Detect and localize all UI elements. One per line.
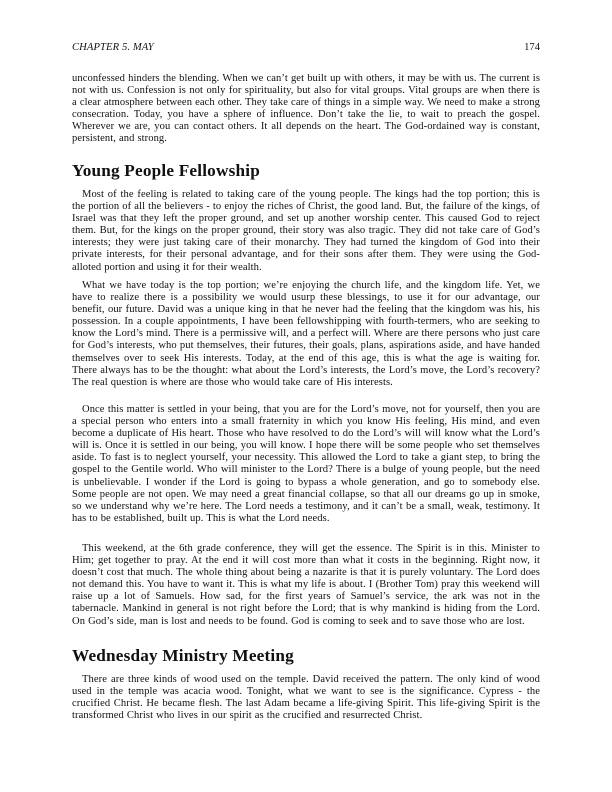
paragraph: Most of the feeling is related to taking…: [72, 189, 540, 274]
section-heading-wednesday-ministry-meeting: Wednesday Ministry Meeting: [72, 646, 540, 666]
paragraph: What we have today is the top portion; w…: [72, 280, 540, 389]
page-number: 174: [524, 41, 540, 55]
paragraph-continued: unconfessed hinders the blending. When w…: [72, 73, 540, 146]
document-page: CHAPTER 5. MAY 174 unconfessed hinders t…: [0, 0, 612, 792]
paragraph: Once this matter is settled in your bein…: [72, 404, 540, 525]
paragraph: This weekend, at the 6th grade conferenc…: [72, 543, 540, 628]
running-header: CHAPTER 5. MAY 174: [72, 41, 540, 55]
paragraph: There are three kinds of wood used on th…: [72, 674, 540, 722]
chapter-title: CHAPTER 5. MAY: [72, 41, 154, 55]
section-heading-young-people-fellowship: Young People Fellowship: [72, 161, 540, 181]
